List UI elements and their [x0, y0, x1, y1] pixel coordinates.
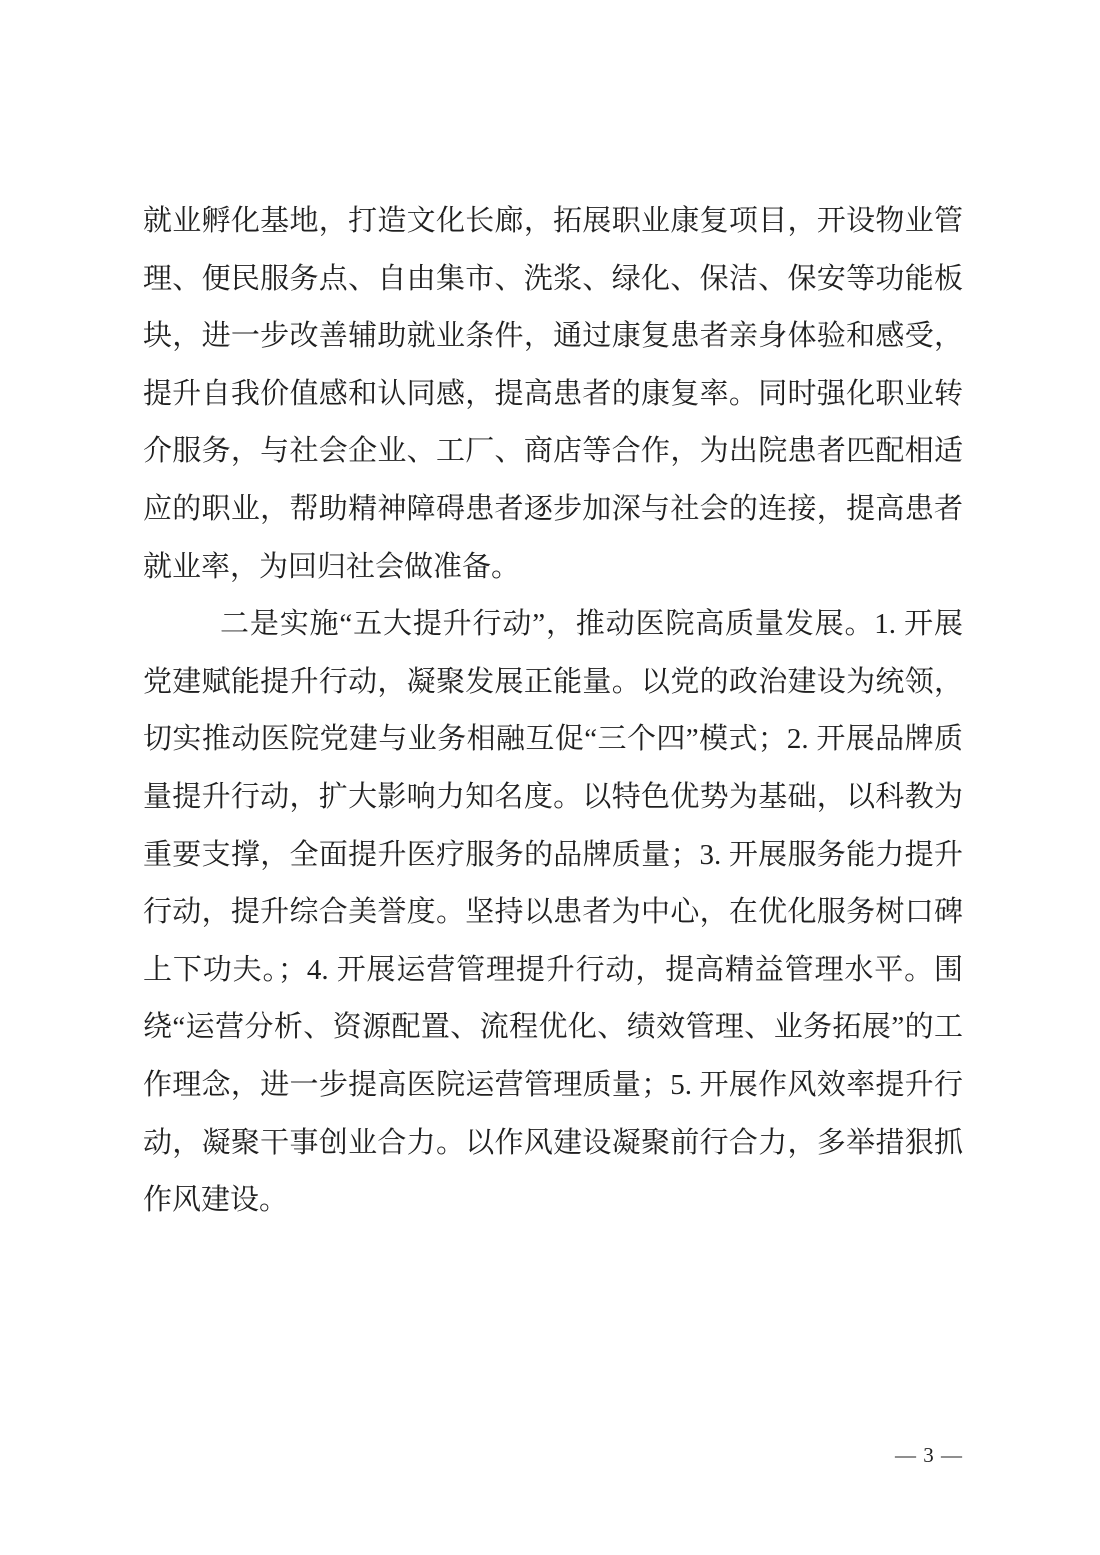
paragraph-continuation: 就业孵化基地，打造文化长廊，拓展职业康复项目，开设物业管 理、便民服务点、自由集…	[143, 193, 963, 596]
text-line: 应的职业，帮助精神障碍患者逐步加深与社会的连接，提高患者	[143, 481, 963, 539]
text-line: 就业孵化基地，打造文化长廊，拓展职业康复项目，开设物业管	[143, 193, 963, 251]
text-line: 量提升行动，扩大影响力知名度。以特色优势为基础，以科教为	[143, 769, 963, 827]
text-line: 绕“运营分析、资源配置、流程优化、绩效管理、业务拓展”的工	[143, 999, 963, 1057]
text-line: 提升自我价值感和认同感，提高患者的康复率。同时强化职业转	[143, 366, 963, 424]
paragraph-second-initiative: 二是实施“五大提升行动”，推动医院高质量发展。1. 开展 党建赋能提升行动，凝聚…	[143, 596, 963, 1230]
page-number: — 3 —	[895, 1441, 963, 1469]
text-line: 上下功夫。；4. 开展运营管理提升行动，提高精益管理水平。围	[143, 942, 963, 1000]
text-line: 理、便民服务点、自由集市、洗浆、绿化、保洁、保安等功能板	[143, 251, 963, 309]
text-line: 二是实施“五大提升行动”，推动医院高质量发展。1. 开展	[143, 596, 963, 654]
text-line: 切实推动医院党建与业务相融互促“三个四”模式；2. 开展品牌质	[143, 711, 963, 769]
text-line: 块，进一步改善辅助就业条件，通过康复患者亲身体验和感受，	[143, 308, 963, 366]
document-page: 就业孵化基地，打造文化长廊，拓展职业康复项目，开设物业管 理、便民服务点、自由集…	[0, 0, 1100, 1555]
text-line: 介服务，与社会企业、工厂、商店等合作，为出院患者匹配相适	[143, 423, 963, 481]
text-line: 作理念，进一步提高医院运营管理质量；5. 开展作风效率提升行	[143, 1057, 963, 1115]
text-line: 重要支撑，全面提升医疗服务的品牌质量；3. 开展服务能力提升	[143, 827, 963, 885]
text-line: 动，凝聚干事创业合力。以作风建设凝聚前行合力，多举措狠抓	[143, 1115, 963, 1173]
text-line: 就业率，为回归社会做准备。	[143, 539, 963, 597]
text-line: 行动，提升综合美誉度。坚持以患者为中心，在优化服务树口碑	[143, 884, 963, 942]
text-line: 党建赋能提升行动，凝聚发展正能量。以党的政治建设为统领，	[143, 654, 963, 712]
document-body: 就业孵化基地，打造文化长廊，拓展职业康复项目，开设物业管 理、便民服务点、自由集…	[143, 193, 963, 1230]
text-line: 作风建设。	[143, 1172, 963, 1230]
